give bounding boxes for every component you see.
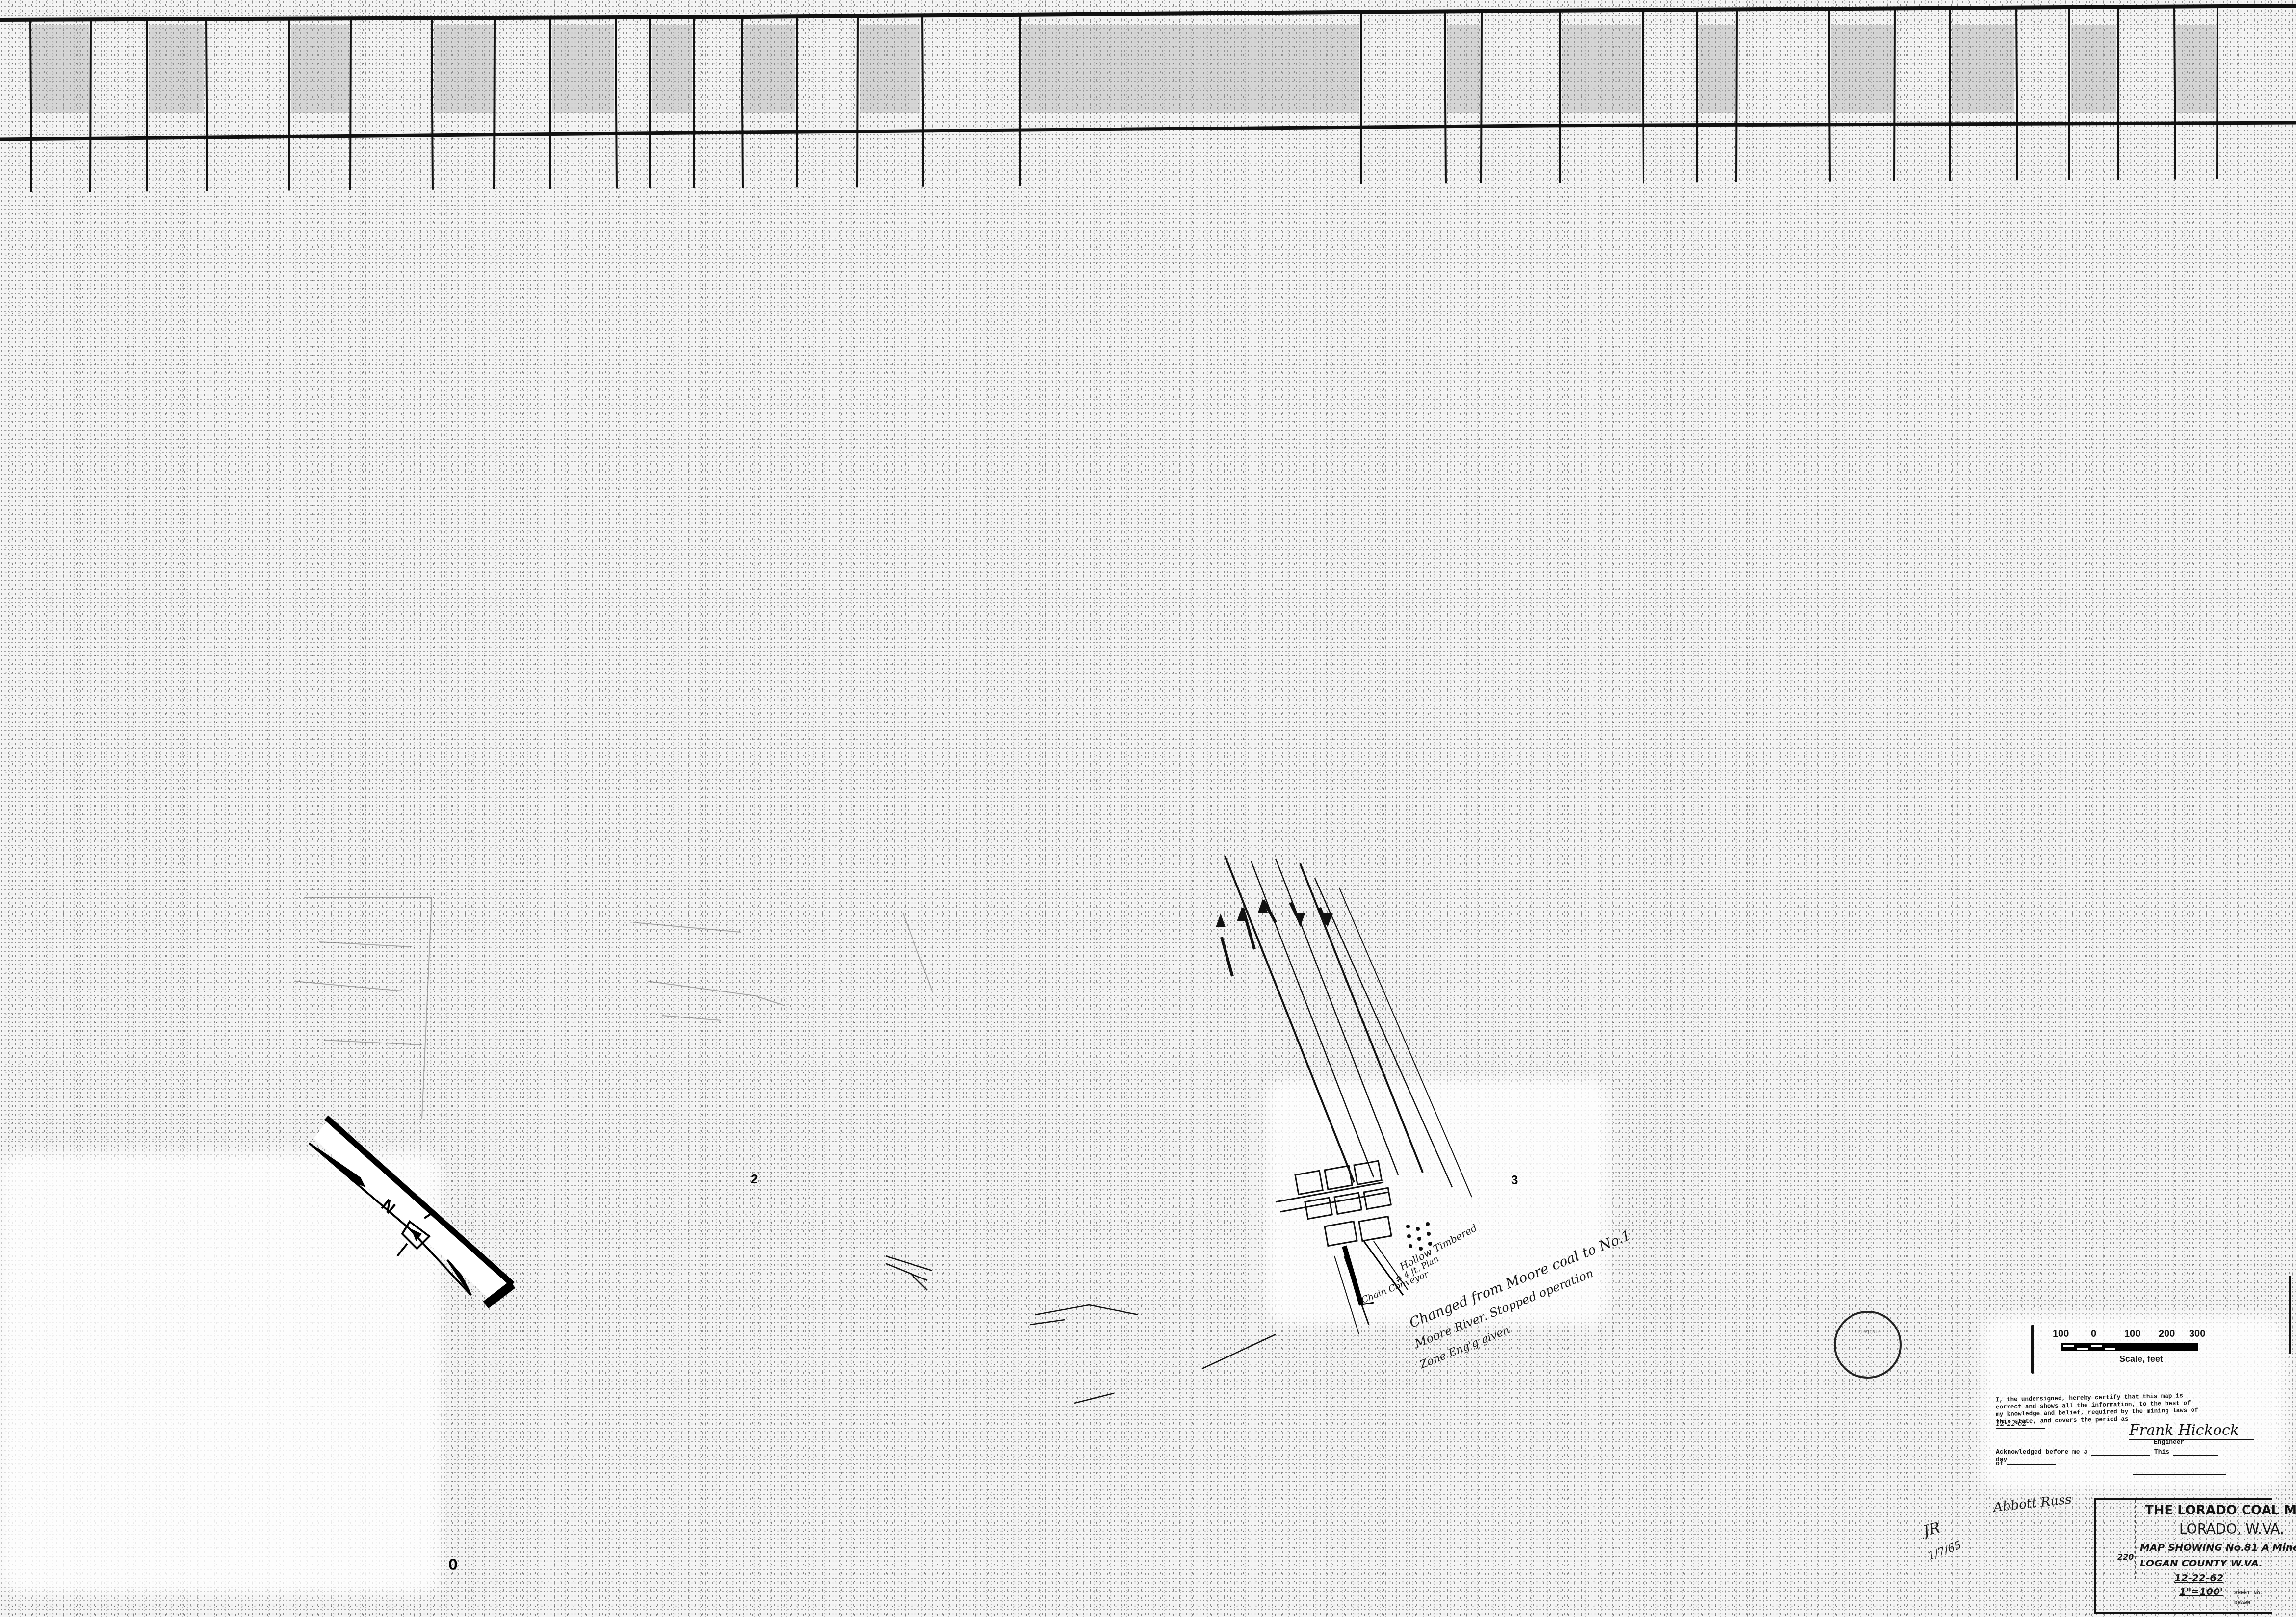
scale-tick: 100 (2124, 1329, 2140, 1340)
acknowledgement-of-line: of (1996, 1460, 2056, 1467)
scale-rule (2061, 1343, 2198, 1351)
mine-workings (1276, 1161, 1391, 1334)
mine-map-sheet: N (0, 0, 2296, 1617)
map-drawing-layer: N (0, 0, 2296, 1617)
grid-marker-3: 3 (1511, 1173, 1518, 1188)
ack-blank-month (2007, 1464, 2056, 1465)
grid-marker-0: 0 (448, 1555, 458, 1574)
map-county: LOGAN COUNTY W.VA. (2140, 1557, 2263, 1569)
engineer-signature: Frank Hickock (2129, 1422, 2254, 1440)
stamp-text: illegible (1845, 1330, 1891, 1336)
drawn-by-label: DRAWN (2234, 1600, 2250, 1606)
company-name: THE LORADO COAL MINING (2145, 1503, 2296, 1518)
ack-prefix: Acknowledged before me a (1996, 1448, 2087, 1456)
scale-tick: 300 (2189, 1329, 2205, 1340)
north-arrow-icon: N (309, 1118, 513, 1305)
title-block: 220 THE LORADO COAL MINING LORADO, W.VA.… (2094, 1498, 2272, 1614)
engineer-label: Engineer (2154, 1438, 2184, 1446)
certification-date: 12-22-62 (1996, 1420, 2045, 1429)
title-block-side-panel (2096, 1500, 2136, 1579)
scale-bar-marker (2031, 1325, 2034, 1374)
notary-signature-line (2133, 1474, 2226, 1475)
map-subject: MAP SHOWING No.81 A Mine (2140, 1541, 2296, 1553)
map-scale: 1"=100' (2179, 1586, 2223, 1597)
faded-workings (294, 898, 932, 1119)
scale-tick: 200 (2159, 1329, 2175, 1340)
circular-stamp-icon: illegible (1834, 1311, 1902, 1379)
map-date: 12-22-62 (2174, 1572, 2223, 1584)
sheet-number-label: SHEET No. (2234, 1591, 2263, 1596)
survey-lines (886, 1256, 1276, 1403)
scale-tick: 0 (2091, 1329, 2096, 1340)
scale-bar: 100 0 100 200 300 Scale, feet (2031, 1325, 2237, 1379)
ack-blank-notary (2091, 1455, 2150, 1456)
company-location: LORADO, W.VA. (2179, 1521, 2284, 1537)
mine-entries (1222, 856, 1472, 1197)
ack-of-label: of (1996, 1460, 2004, 1467)
grid-marker-2: 2 (751, 1172, 757, 1187)
ack-blank-day (2173, 1455, 2218, 1456)
scale-tick: 100 (2053, 1329, 2069, 1340)
title-side-note: 220 (2117, 1552, 2134, 1562)
scale-caption: Scale, feet (2119, 1354, 2163, 1364)
ack-this: This (2154, 1448, 2169, 1456)
